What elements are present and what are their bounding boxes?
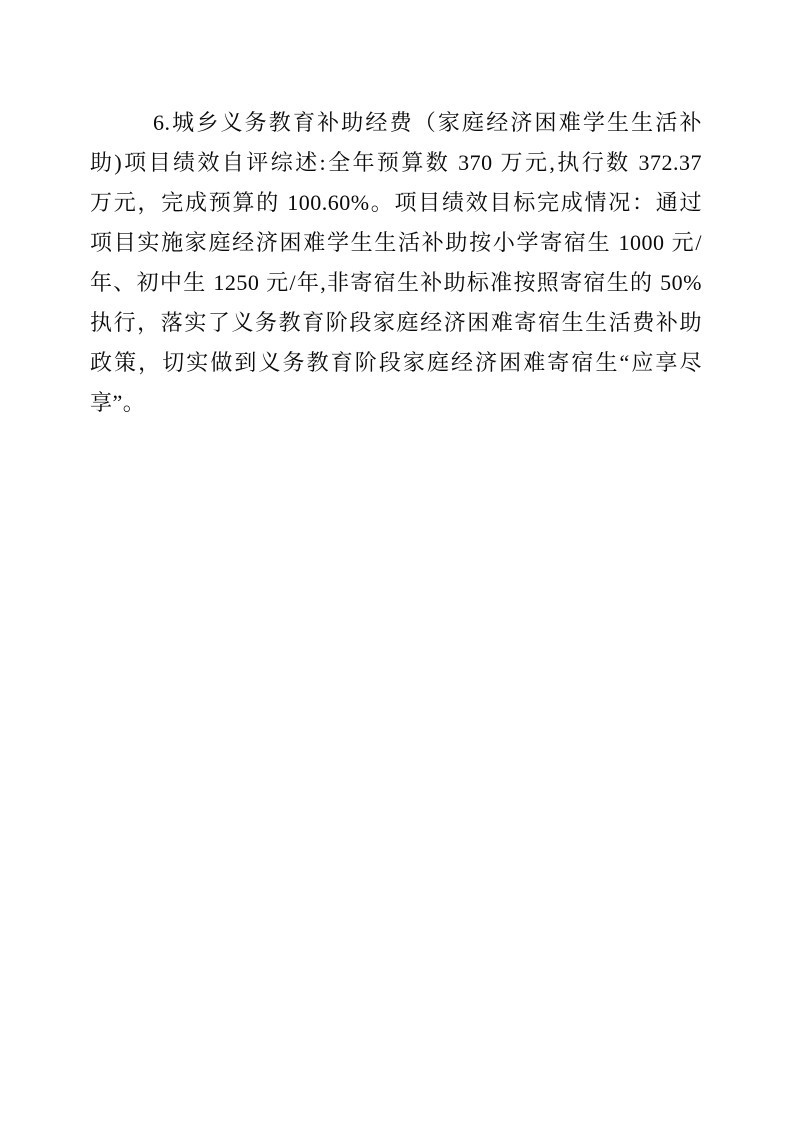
paragraph-line: 政策，切实做到义务教育阶段家庭经济困难寄宿生“应享尽 (90, 343, 702, 383)
paragraph-line: 万元，完成预算的 100.60%。项目绩效目标完成情况：通过 (90, 183, 702, 223)
paragraph-line: 项目实施家庭经济困难学生生活补助按小学寄宿生 1000 元/ (90, 223, 702, 263)
paragraph-line: 年、初中生 1250 元/年,非寄宿生补助标准按照寄宿生的 50% (90, 263, 702, 303)
paragraph-line: 6.城乡义务教育补助经费（家庭经济困难学生生活补 (90, 103, 702, 143)
paragraph: 6.城乡义务教育补助经费（家庭经济困难学生生活补 助)项目绩效自评综述:全年预算… (90, 103, 702, 423)
paragraph-line: 执行，落实了义务教育阶段家庭经济困难寄宿生生活费补助 (90, 303, 702, 343)
paragraph-line: 助)项目绩效自评综述:全年预算数 370 万元,执行数 372.37 (90, 143, 702, 183)
document-page: 6.城乡义务教育补助经费（家庭经济困难学生生活补 助)项目绩效自评综述:全年预算… (0, 0, 793, 1122)
paragraph-line: 享”。 (90, 383, 702, 423)
